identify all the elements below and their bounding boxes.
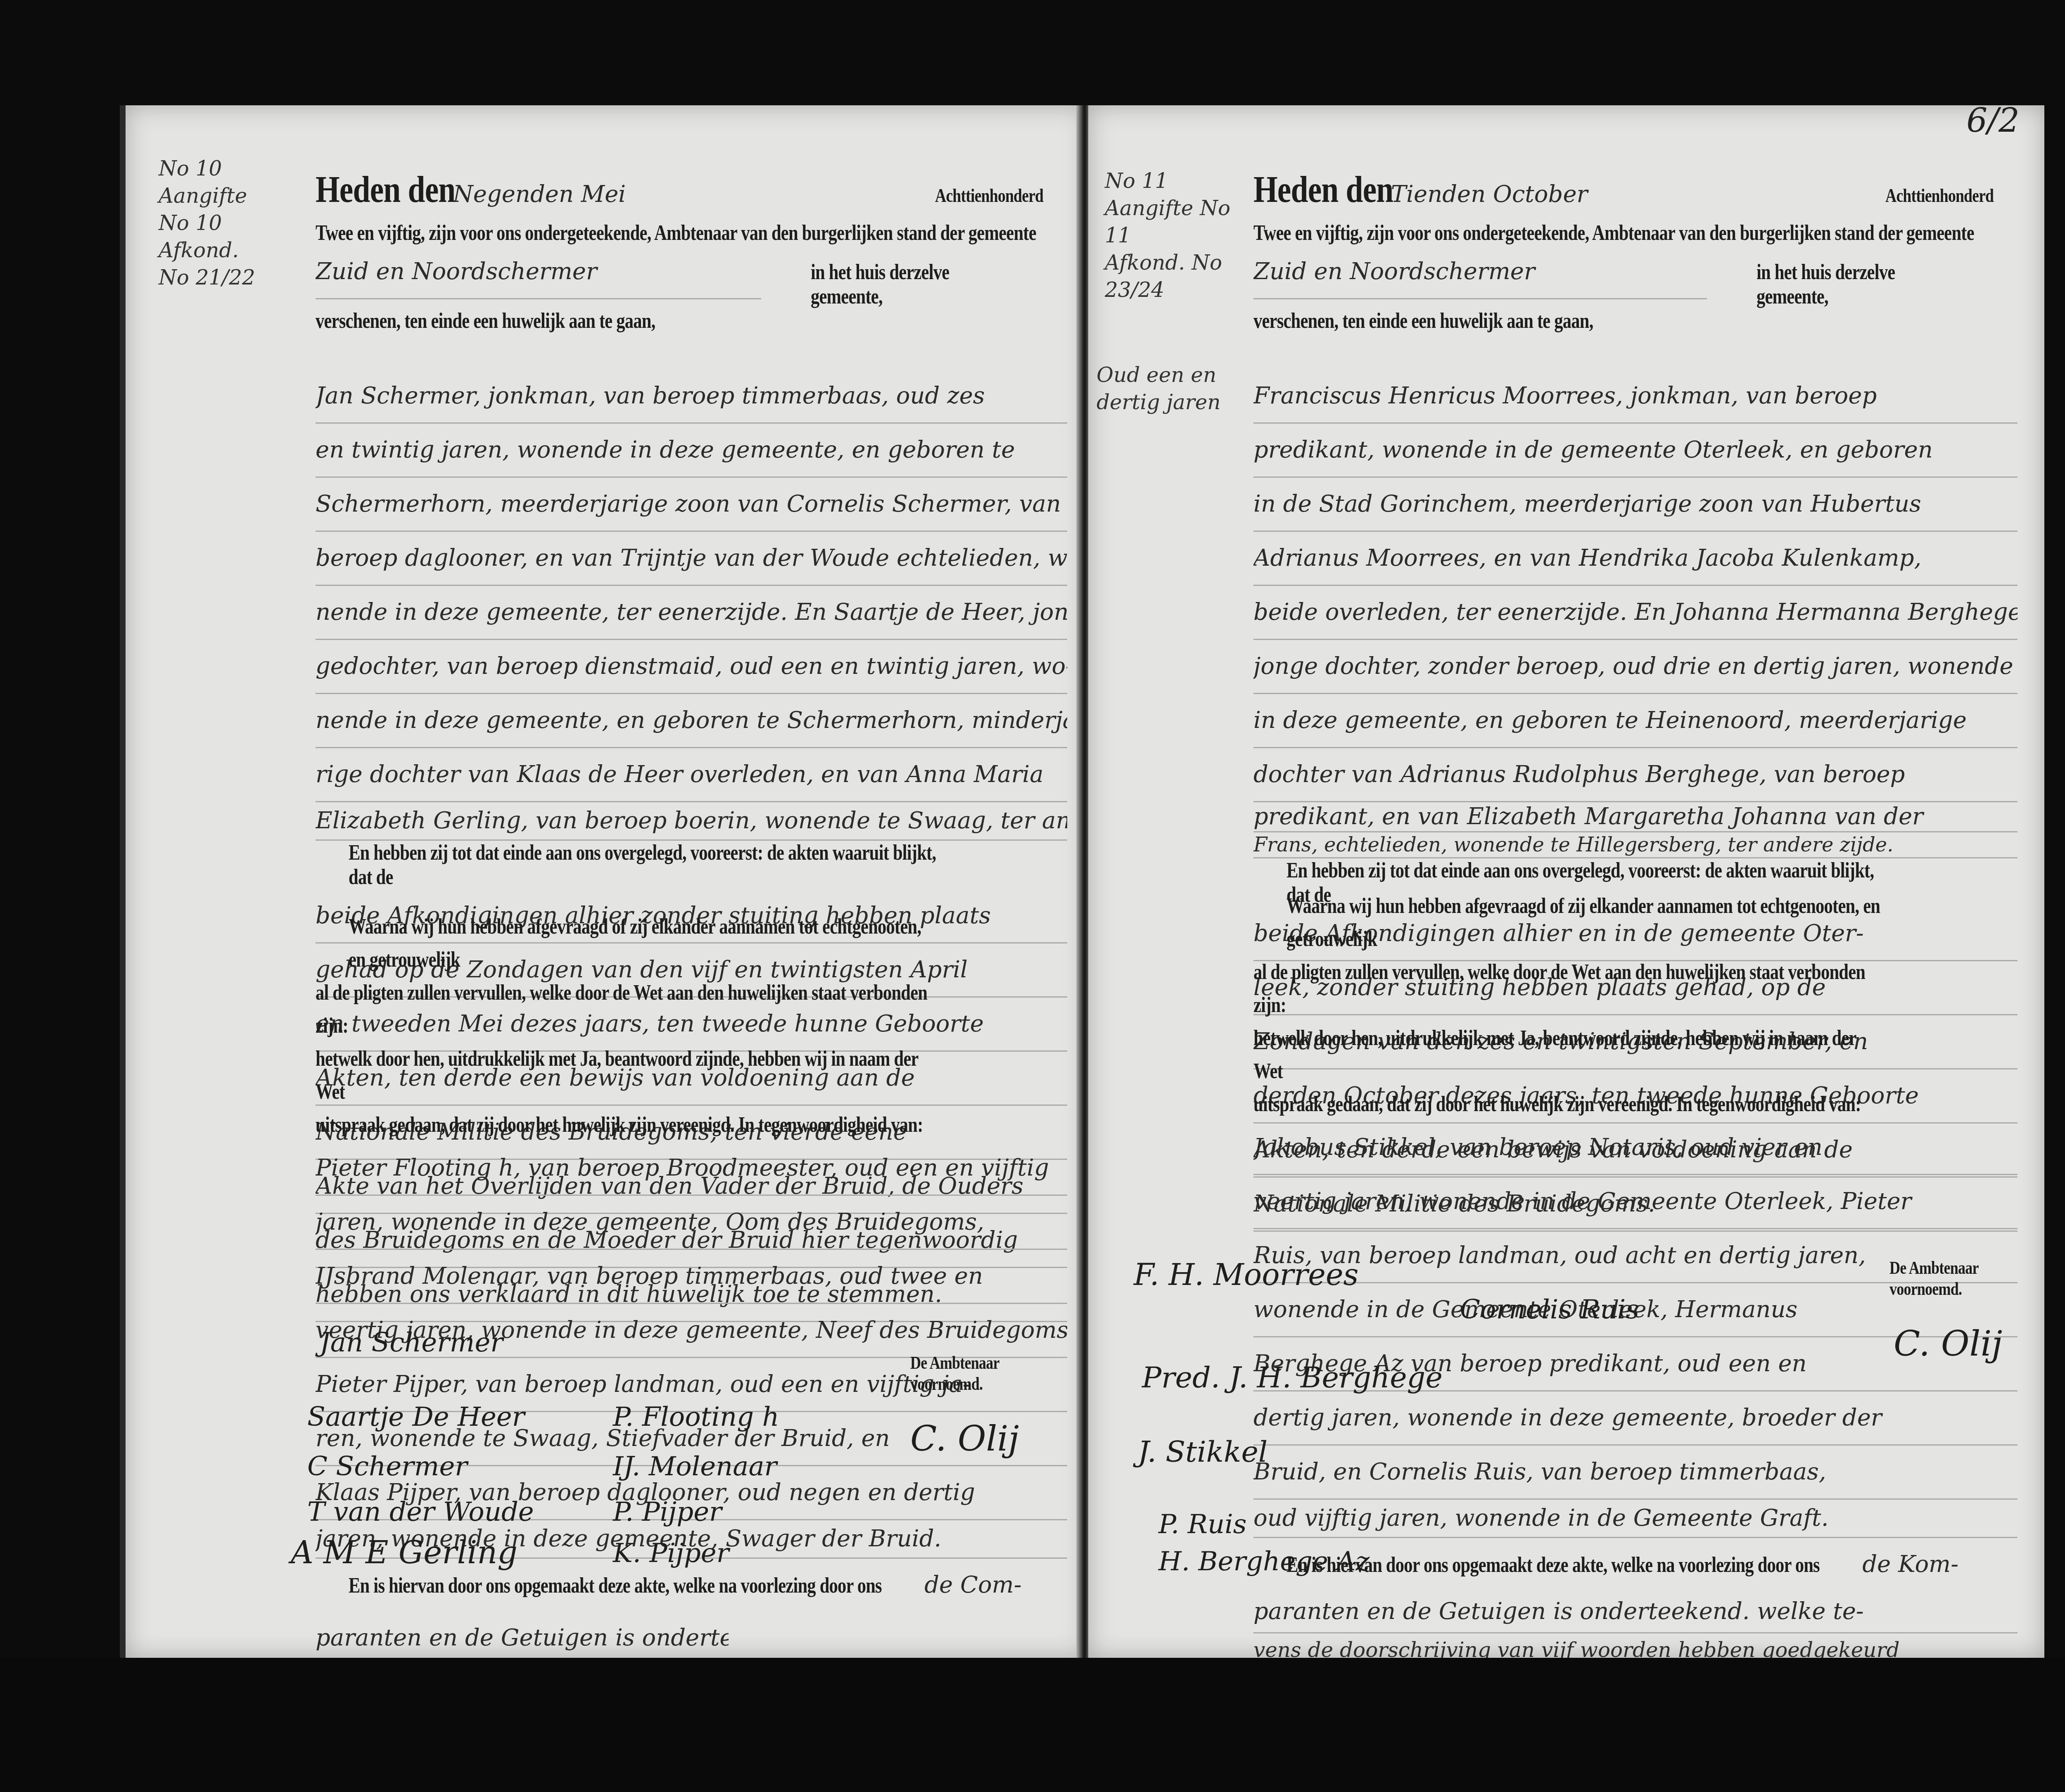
parties-line: Schermerhorn, meerderjarige zoon van Cor… — [316, 478, 1067, 532]
closing-hand: de Kom- — [1862, 1538, 1958, 1591]
akten-print: En hebben zij tot dat einde aan ons over… — [349, 841, 938, 889]
waarna-line: al de pligten zullen vervullen, welke do… — [1253, 956, 1880, 1022]
parties-line: predikant, en van Elizabeth Margaretha J… — [1253, 802, 2018, 832]
signature-witness-3: P. Pijper — [613, 1497, 722, 1527]
parties-line: nende in deze gemeente, en geboren te Sc… — [316, 694, 1067, 748]
page-number: 6/2 — [1966, 101, 2020, 140]
parties-line: gedochter, van beroep dienstmaid, oud ee… — [316, 640, 1067, 694]
signature-witness-1: P. Flooting h — [613, 1402, 779, 1432]
margin-notes-right: No 11 Aangifte No 11 Afkond. No 23/24 — [1105, 167, 1245, 303]
witness-line: Pieter Flooting h, van beroep Broodmeest… — [316, 1142, 1067, 1196]
parties-line: in de Stad Gorinchem, meerderjarige zoon… — [1253, 478, 2018, 532]
signature-mother-groom: T van der Woude — [307, 1497, 534, 1527]
date-handwritten: Tienden October — [1391, 168, 1763, 221]
intro-print-3: verschenen, ten einde een huwelijk aan t… — [316, 309, 932, 333]
waarna-line: hetwelk door hen, uitdrukkelijk met Ja, … — [1253, 1022, 1880, 1088]
parties-line: rige dochter van Klaas de Heer overleden… — [316, 748, 1067, 802]
century-label: Achttienhonderd — [935, 185, 1043, 206]
signature-witness-4: K. Pijper — [613, 1538, 729, 1569]
parties-line: nende in deze gemeente, ter eenerzijde. … — [316, 586, 1067, 640]
signature-ambtenaar: C. Olij — [1894, 1323, 2002, 1364]
parties-line: Frans, echtelieden, wonende te Hillegers… — [1253, 832, 2018, 858]
parties-line: Franciscus Henricus Moorrees, jonkman, v… — [1253, 370, 2018, 424]
waarna-line: uitspraak gedaan, dat zij door het huwel… — [1253, 1088, 1880, 1121]
parties-line: Jan Schermer, jonkman, van beroep timmer… — [316, 370, 1067, 424]
intro-print-2: in het huis derzelve gemeente, — [811, 260, 1021, 309]
waarna-line: hetwelk door hen, uitdrukkelijk met Ja, … — [316, 1043, 932, 1109]
signature-witness-2: IJ. Molenaar — [613, 1451, 777, 1482]
left-page: No 10 Aangifte No 10 Afkond. No 21/22 He… — [120, 105, 1088, 1658]
witness-line: IJsbrand Molenaar, van beroep timmerbaas… — [316, 1250, 1067, 1304]
waarna-line: uitspraak gedaan, dat zij door het huwel… — [316, 1109, 932, 1142]
signature-mother-bride: A M E Gerling — [291, 1534, 517, 1571]
margin-correction-age: Oud een en dertig jaren — [1097, 361, 1245, 416]
record-number: No 10 — [159, 155, 266, 182]
intro-print-1: Twee en vijftig, zijn voor ons ondergete… — [1253, 221, 2015, 245]
signature-witness-p-ruis: P. Ruis — [1158, 1509, 1247, 1540]
century-label: Achttienhonderd — [1885, 185, 1994, 206]
closing-print: En is hiervan door ons opgemaakt deze ak… — [349, 1574, 882, 1598]
signature-witness-stikkel: J. Stikkel — [1138, 1435, 1267, 1469]
parties-line: predikant, wonende in de gemeente Oterle… — [1253, 424, 2018, 478]
record-heading: Heden den Negenden Mei Achttienhonderd T… — [316, 167, 1067, 333]
afkondiging-number: Afkond. No 21/22 — [159, 237, 266, 291]
parties-line: en twintig jaren, wonende in deze gemeen… — [316, 424, 1067, 478]
ambtenaar-label: De Ambtenaar voornoemd. — [1889, 1257, 2017, 1299]
right-page: 6/2 No 11 Aangifte No 11 Afkond. No 23/2… — [1088, 105, 2044, 1658]
parties-line: beroep daglooner, en van Trijntje van de… — [316, 532, 1067, 586]
waarna-line: al de pligten zullen vervullen, welke do… — [316, 977, 932, 1043]
closing-hand: paranten en de Getuigen is onderteekend.… — [1253, 1591, 2018, 1633]
witness-line: Jakobus Stikkel, van beroep Notaris, oud… — [1253, 1121, 2018, 1175]
register-spread: No 10 Aangifte No 10 Afkond. No 21/22 He… — [120, 105, 2044, 1658]
witness-line: Bruid, en Cornelis Ruis, van beroep timm… — [1253, 1446, 2018, 1500]
parties-line: beide overleden, ter eenerzijde. En Joha… — [1253, 586, 2018, 640]
signature-bride: Saartje De Heer — [307, 1402, 525, 1432]
signature-father-groom: C Schermer — [307, 1451, 468, 1482]
waarna-line: Waarna wij hun hebben afgevraagd of zij … — [349, 910, 938, 977]
ambtenaar-label: De Ambtenaar voornoemd. — [910, 1352, 1056, 1394]
heden-label: Heden den — [1253, 167, 1393, 211]
scan-background — [0, 1658, 2065, 1792]
witness-line: oud vijftig jaren, wonende in de Gemeent… — [1253, 1500, 2018, 1538]
witness-line: dertig jaren, wonende in deze gemeente, … — [1253, 1391, 2018, 1446]
intro-print-1: Twee en vijftig, zijn voor ons ondergete… — [316, 221, 1061, 245]
aangifte-number: Aangifte No 11 — [1105, 194, 1245, 249]
signature-witness-ruis: Cornelis Ruis — [1460, 1294, 1639, 1325]
signature-ambtenaar: C. Olij — [910, 1418, 1019, 1459]
parties-line: dochter van Adrianus Rudolphus Berghege,… — [1253, 748, 2018, 802]
parties-line: Adrianus Moorrees, en van Hendrika Jacob… — [1253, 532, 2018, 586]
waarna-line: Waarna wij hun hebben afgevraagd of zij … — [1286, 890, 1886, 956]
witness-line: veertig jaren, wonende in de Gemeente Ot… — [1253, 1175, 2018, 1229]
signature-bride: H. Berghege Az — [1158, 1546, 1370, 1577]
intro-print-3: verschenen, ten einde een huwelijk aan t… — [1253, 309, 1880, 333]
parties-line: jonge dochter, zonder beroep, oud drie e… — [1253, 640, 2018, 694]
record-heading: Heden den Tienden October Achttienhonder… — [1253, 167, 2018, 333]
intro-print-2: in het huis derzelve gemeente, — [1756, 260, 1970, 309]
signature-groom: Jan Schermer — [320, 1327, 503, 1358]
gemeente-handwritten: Zuid en Noordschermer — [316, 245, 761, 299]
heden-label: Heden den — [316, 167, 455, 211]
gemeente-handwritten: Zuid en Noordschermer — [1253, 245, 1707, 299]
afkondiging-number: Afkond. No 23/24 — [1105, 249, 1245, 303]
signature-groom: F. H. Moorrees — [1134, 1257, 1359, 1292]
signature-witness-berghege: Pred. J. H. Berghege — [1142, 1361, 1443, 1394]
closing-hand: de Com- — [924, 1559, 1021, 1612]
margin-notes-left: No 10 Aangifte No 10 Afkond. No 21/22 — [159, 155, 266, 291]
date-handwritten: Negenden Mei — [453, 168, 825, 221]
aangifte-number: Aangifte No 10 — [159, 182, 266, 237]
parties-line: in deze gemeente, en geboren te Heinenoo… — [1253, 694, 2018, 748]
parties-line: Elizabeth Gerling, van beroep boerin, wo… — [316, 802, 1067, 841]
record-number: No 11 — [1105, 167, 1245, 194]
witness-line: jaren, wonende in deze gemeente, Oom des… — [316, 1196, 1067, 1250]
